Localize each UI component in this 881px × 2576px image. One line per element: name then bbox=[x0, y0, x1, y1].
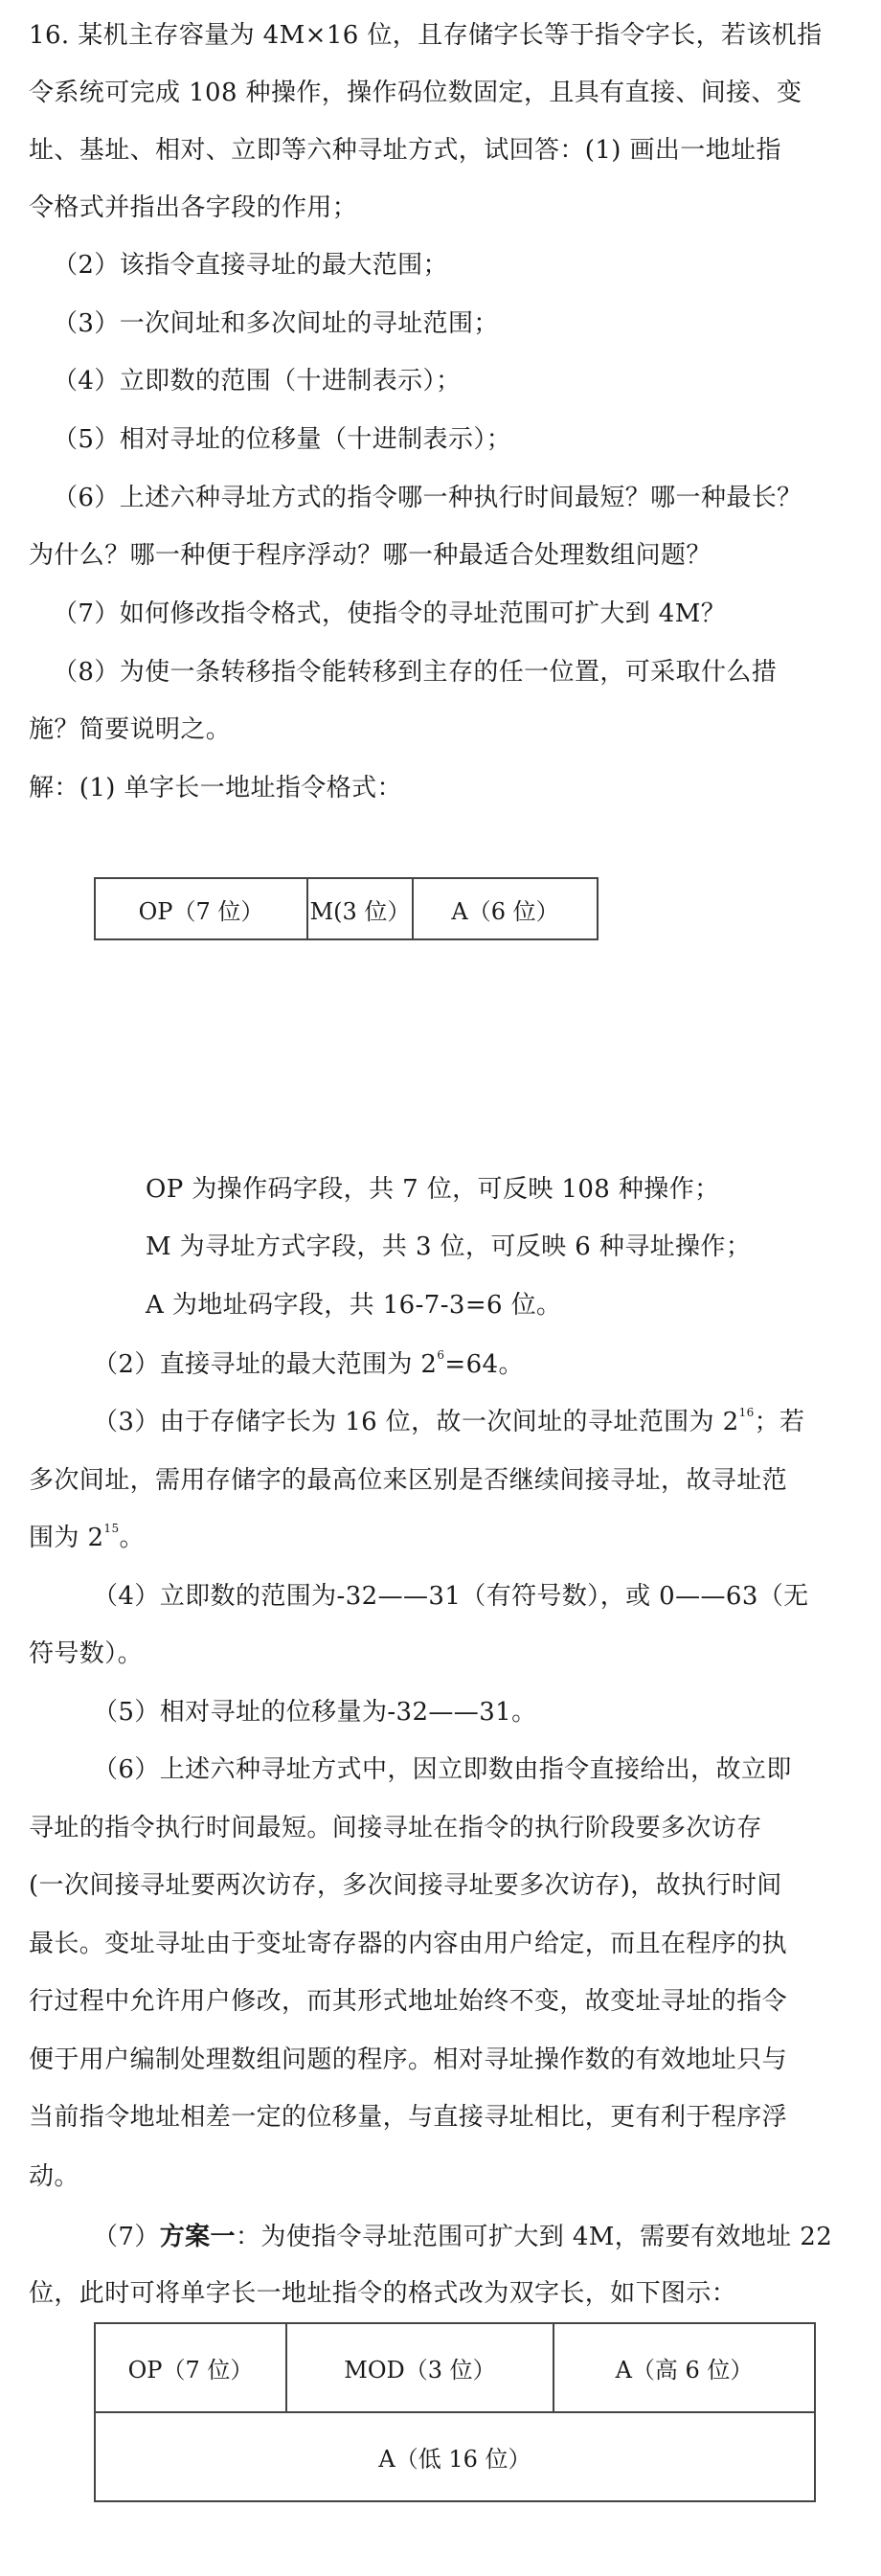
field-desc-m: M 为寻址方式字段，共 3 位，可反映 6 种寻址操作； bbox=[146, 1228, 881, 1266]
answer-6-line-3: (一次间接寻址要两次访存，多次间接寻址要多次访存)，故执行时间 bbox=[29, 1866, 814, 1905]
answer-3-line-3-suffix: 。 bbox=[120, 1524, 145, 1552]
answer-6-line-5: 行过程中允许用户修改，而其形式地址始终不变，故变址寻址的指令 bbox=[29, 1982, 814, 2021]
field-mod: MOD（3 位） bbox=[286, 2323, 553, 2412]
question-intro-line-1: 16. 某机主存容量为 4M×16 位，且存储字长等于指令字长，若该机指 bbox=[29, 16, 814, 55]
answer-7-plan-label: 方案一 bbox=[160, 2223, 236, 2251]
question-item-3: （3）一次间址和多次间址的寻址范围； bbox=[53, 305, 838, 343]
answer-6-line-1: （6）上述六种寻址方式中，因立即数由指令直接给出，故立即 bbox=[93, 1751, 878, 1789]
field-a: A（6 位） bbox=[413, 878, 598, 939]
answer-3-line-3-text: 围为 2 bbox=[29, 1524, 103, 1552]
field-op-2: OP（7 位） bbox=[95, 2323, 286, 2412]
answer-3-line-3: 围为 215。 bbox=[29, 1519, 814, 1557]
answer-2-suffix: =64。 bbox=[444, 1350, 523, 1379]
answer-7-line-2: 位，此时可将单字长一地址指令的格式改为双字长，如下图示： bbox=[29, 2274, 814, 2313]
answer-6-line-2: 寻址的指令执行时间最短。间接寻址在指令的执行阶段要多次访存 bbox=[29, 1809, 814, 1847]
answer-4-line-1: （4）立即数的范围为-32——31（有符号数），或 0——63（无 bbox=[93, 1577, 878, 1616]
question-intro-line-4: 令格式并指出各字段的作用； bbox=[29, 189, 814, 227]
field-desc-op: OP 为操作码字段，共 7 位，可反映 108 种操作； bbox=[146, 1170, 881, 1209]
answer-2-text: （2）直接寻址的最大范围为 2 bbox=[93, 1350, 437, 1379]
field-op: OP（7 位） bbox=[95, 878, 307, 939]
question-item-5: （5）相对寻址的位移量（十进制表示）； bbox=[53, 420, 838, 459]
question-intro-line-3: 址、基址、相对、立即等六种寻址方式，试回答：(1) 画出一地址指 bbox=[29, 131, 814, 169]
answer-5: （5）相对寻址的位移量为-32——31。 bbox=[93, 1693, 878, 1731]
answer-3-line-3-exponent: 15 bbox=[103, 1522, 119, 1535]
answer-3-line-2: 多次间址，需用存储字的最高位来区别是否继续间接寻址，故寻址范 bbox=[29, 1461, 814, 1500]
answer-3-line-1: （3）由于存储字长为 16 位，故一次间址的寻址范围为 216；若 bbox=[93, 1403, 878, 1441]
answer-4-line-2: 符号数）。 bbox=[29, 1635, 814, 1673]
field-a-low: A（低 16 位） bbox=[95, 2412, 815, 2501]
answer-6-line-6: 便于用户编制处理数组问题的程序。相对寻址操作数的有效地址只与 bbox=[29, 2041, 814, 2079]
answer-7-line-1: （7）方案一：为使指令寻址范围可扩大到 4M，需要有效地址 22 bbox=[93, 2218, 878, 2256]
question-item-2: （2）该指令直接寻址的最大范围； bbox=[53, 246, 838, 284]
question-item-4: （4）立即数的范围（十进制表示）； bbox=[53, 362, 838, 400]
answer-3-suffix: ；若 bbox=[755, 1408, 805, 1436]
field-m: M(3 位） bbox=[307, 878, 413, 939]
answer-heading: 解：(1) 单字长一地址指令格式： bbox=[29, 769, 814, 807]
field-desc-a: A 为地址码字段，共 16-7-3=6 位。 bbox=[146, 1286, 881, 1324]
answer-7-text: ：为使指令寻址范围可扩大到 4M，需要有效地址 22 bbox=[236, 2223, 832, 2251]
question-item-8-cont: 施？简要说明之。 bbox=[29, 711, 814, 749]
instruction-format-table-single-word: OP（7 位） M(3 位） A（6 位） bbox=[94, 877, 599, 940]
answer-3-text: （3）由于存储字长为 16 位，故一次间址的寻址范围为 2 bbox=[93, 1408, 739, 1436]
question-item-8: （8）为使一条转移指令能转移到主存的任一位置，可采取什么措 bbox=[53, 653, 838, 691]
answer-2: （2）直接寻址的最大范围为 26=64。 bbox=[93, 1345, 878, 1384]
question-item-6: （6）上述六种寻址方式的指令哪一种执行时间最短？哪一种最长？ bbox=[53, 479, 838, 517]
instruction-format-table-double-word: OP（7 位） MOD（3 位） A（高 6 位） A（低 16 位） bbox=[94, 2322, 816, 2502]
answer-3-exponent: 16 bbox=[739, 1406, 755, 1419]
field-a-high: A（高 6 位） bbox=[553, 2323, 815, 2412]
question-intro-line-2: 令系统可完成 108 种操作，操作码位数固定，且具有直接、间接、变 bbox=[29, 74, 814, 112]
answer-6-line-7: 当前指令地址相差一定的位移量，与直接寻址相比，更有利于程序浮 bbox=[29, 2098, 814, 2136]
question-item-6-cont: 为什么？哪一种便于程序浮动？哪一种最适合处理数组问题？ bbox=[29, 536, 814, 575]
answer-7-prefix: （7） bbox=[93, 2223, 160, 2251]
answer-6-line-4: 最长。变址寻址由于变址寄存器的内容由用户给定，而且在程序的执 bbox=[29, 1925, 814, 1963]
question-item-7: （7）如何修改指令格式，使指令的寻址范围可扩大到 4M？ bbox=[53, 595, 838, 633]
answer-6-line-8: 动。 bbox=[29, 2158, 814, 2196]
